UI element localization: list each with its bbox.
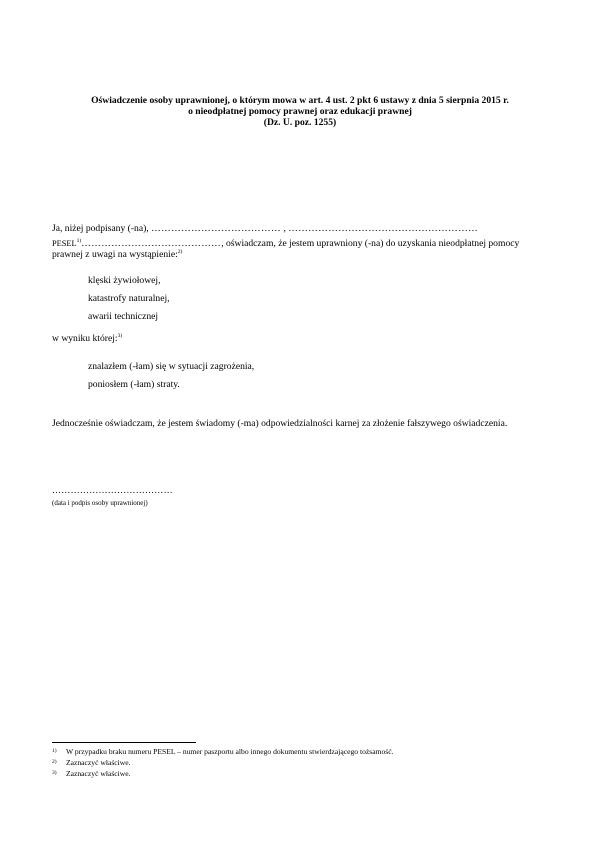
footnote-ref-3: 3) [118, 333, 123, 339]
statement-line-2: prawnej z uwagi na wystąpienie: [52, 249, 178, 260]
option-threat-situation[interactable]: znalazłem (-łam) się w sytuacji zagrożen… [88, 361, 254, 373]
option-natural-catastrophe[interactable]: katastrofy naturalnej, [88, 293, 170, 305]
title-line-1: Oświadczenie osoby uprawnionej, o którym… [40, 95, 560, 106]
address-field[interactable]: ………………………………………………… [288, 223, 478, 234]
document-page: Oświadczenie osoby uprawnionej, o którym… [0, 0, 600, 849]
name-field[interactable]: ………………………………… [151, 223, 281, 234]
result-label: w wyniku której: [52, 333, 118, 344]
option-suffered-losses[interactable]: poniosłem (-łam) straty. [88, 379, 180, 391]
statement-line-1: , oświadczam, że jestem uprawniony (-na)… [221, 238, 519, 249]
title-line-3: (Dz. U. poz. 1255) [40, 117, 560, 128]
declaration-intro: Ja, niżej podpisany (-na), [52, 223, 149, 234]
footnote-number: 1) [52, 747, 66, 755]
footnote-ref-2: 2) [178, 249, 183, 255]
footnote-number: 2) [52, 758, 66, 766]
footnote-1: 1)W przypadku braku numeru PESEL – numer… [52, 747, 394, 757]
option-technical-failure[interactable]: awarii technicznej [88, 311, 158, 323]
declaration-intro-line: Ja, niżej podpisany (-na), …………………………………… [52, 223, 478, 235]
liability-statement: Jednocześnie oświadczam, że jestem świad… [52, 418, 507, 430]
document-title: Oświadczenie osoby uprawnionej, o którym… [40, 95, 560, 128]
statement-line-2-row: prawnej z uwagi na wystąpienie:2) [52, 249, 182, 261]
pesel-field[interactable]: …………………………………… [81, 238, 221, 249]
option-natural-disaster[interactable]: klęski żywiołowej, [88, 275, 160, 287]
pesel-label: PESEL [52, 239, 77, 248]
footnote-2: 2)Zaznaczyć właściwe. [52, 758, 131, 768]
footnote-3: 3)Zaznaczyć właściwe. [52, 769, 131, 779]
result-label-row: w wyniku której:3) [52, 333, 122, 345]
footnote-text: W przypadku braku numeru PESEL – numer p… [66, 747, 394, 756]
footnote-text: Zaznaczyć właściwe. [66, 758, 131, 767]
field-separator: , [283, 223, 285, 234]
signature-field[interactable]: ………………………………… [52, 485, 173, 495]
signature-caption: (data i podpis osoby uprawnionej) [52, 499, 148, 507]
title-line-2: o nieodpłatnej pomocy prawnej oraz eduka… [40, 106, 560, 117]
footnote-number: 3) [52, 769, 66, 777]
footnote-text: Zaznaczyć właściwe. [66, 769, 131, 778]
footnote-divider [52, 742, 196, 743]
